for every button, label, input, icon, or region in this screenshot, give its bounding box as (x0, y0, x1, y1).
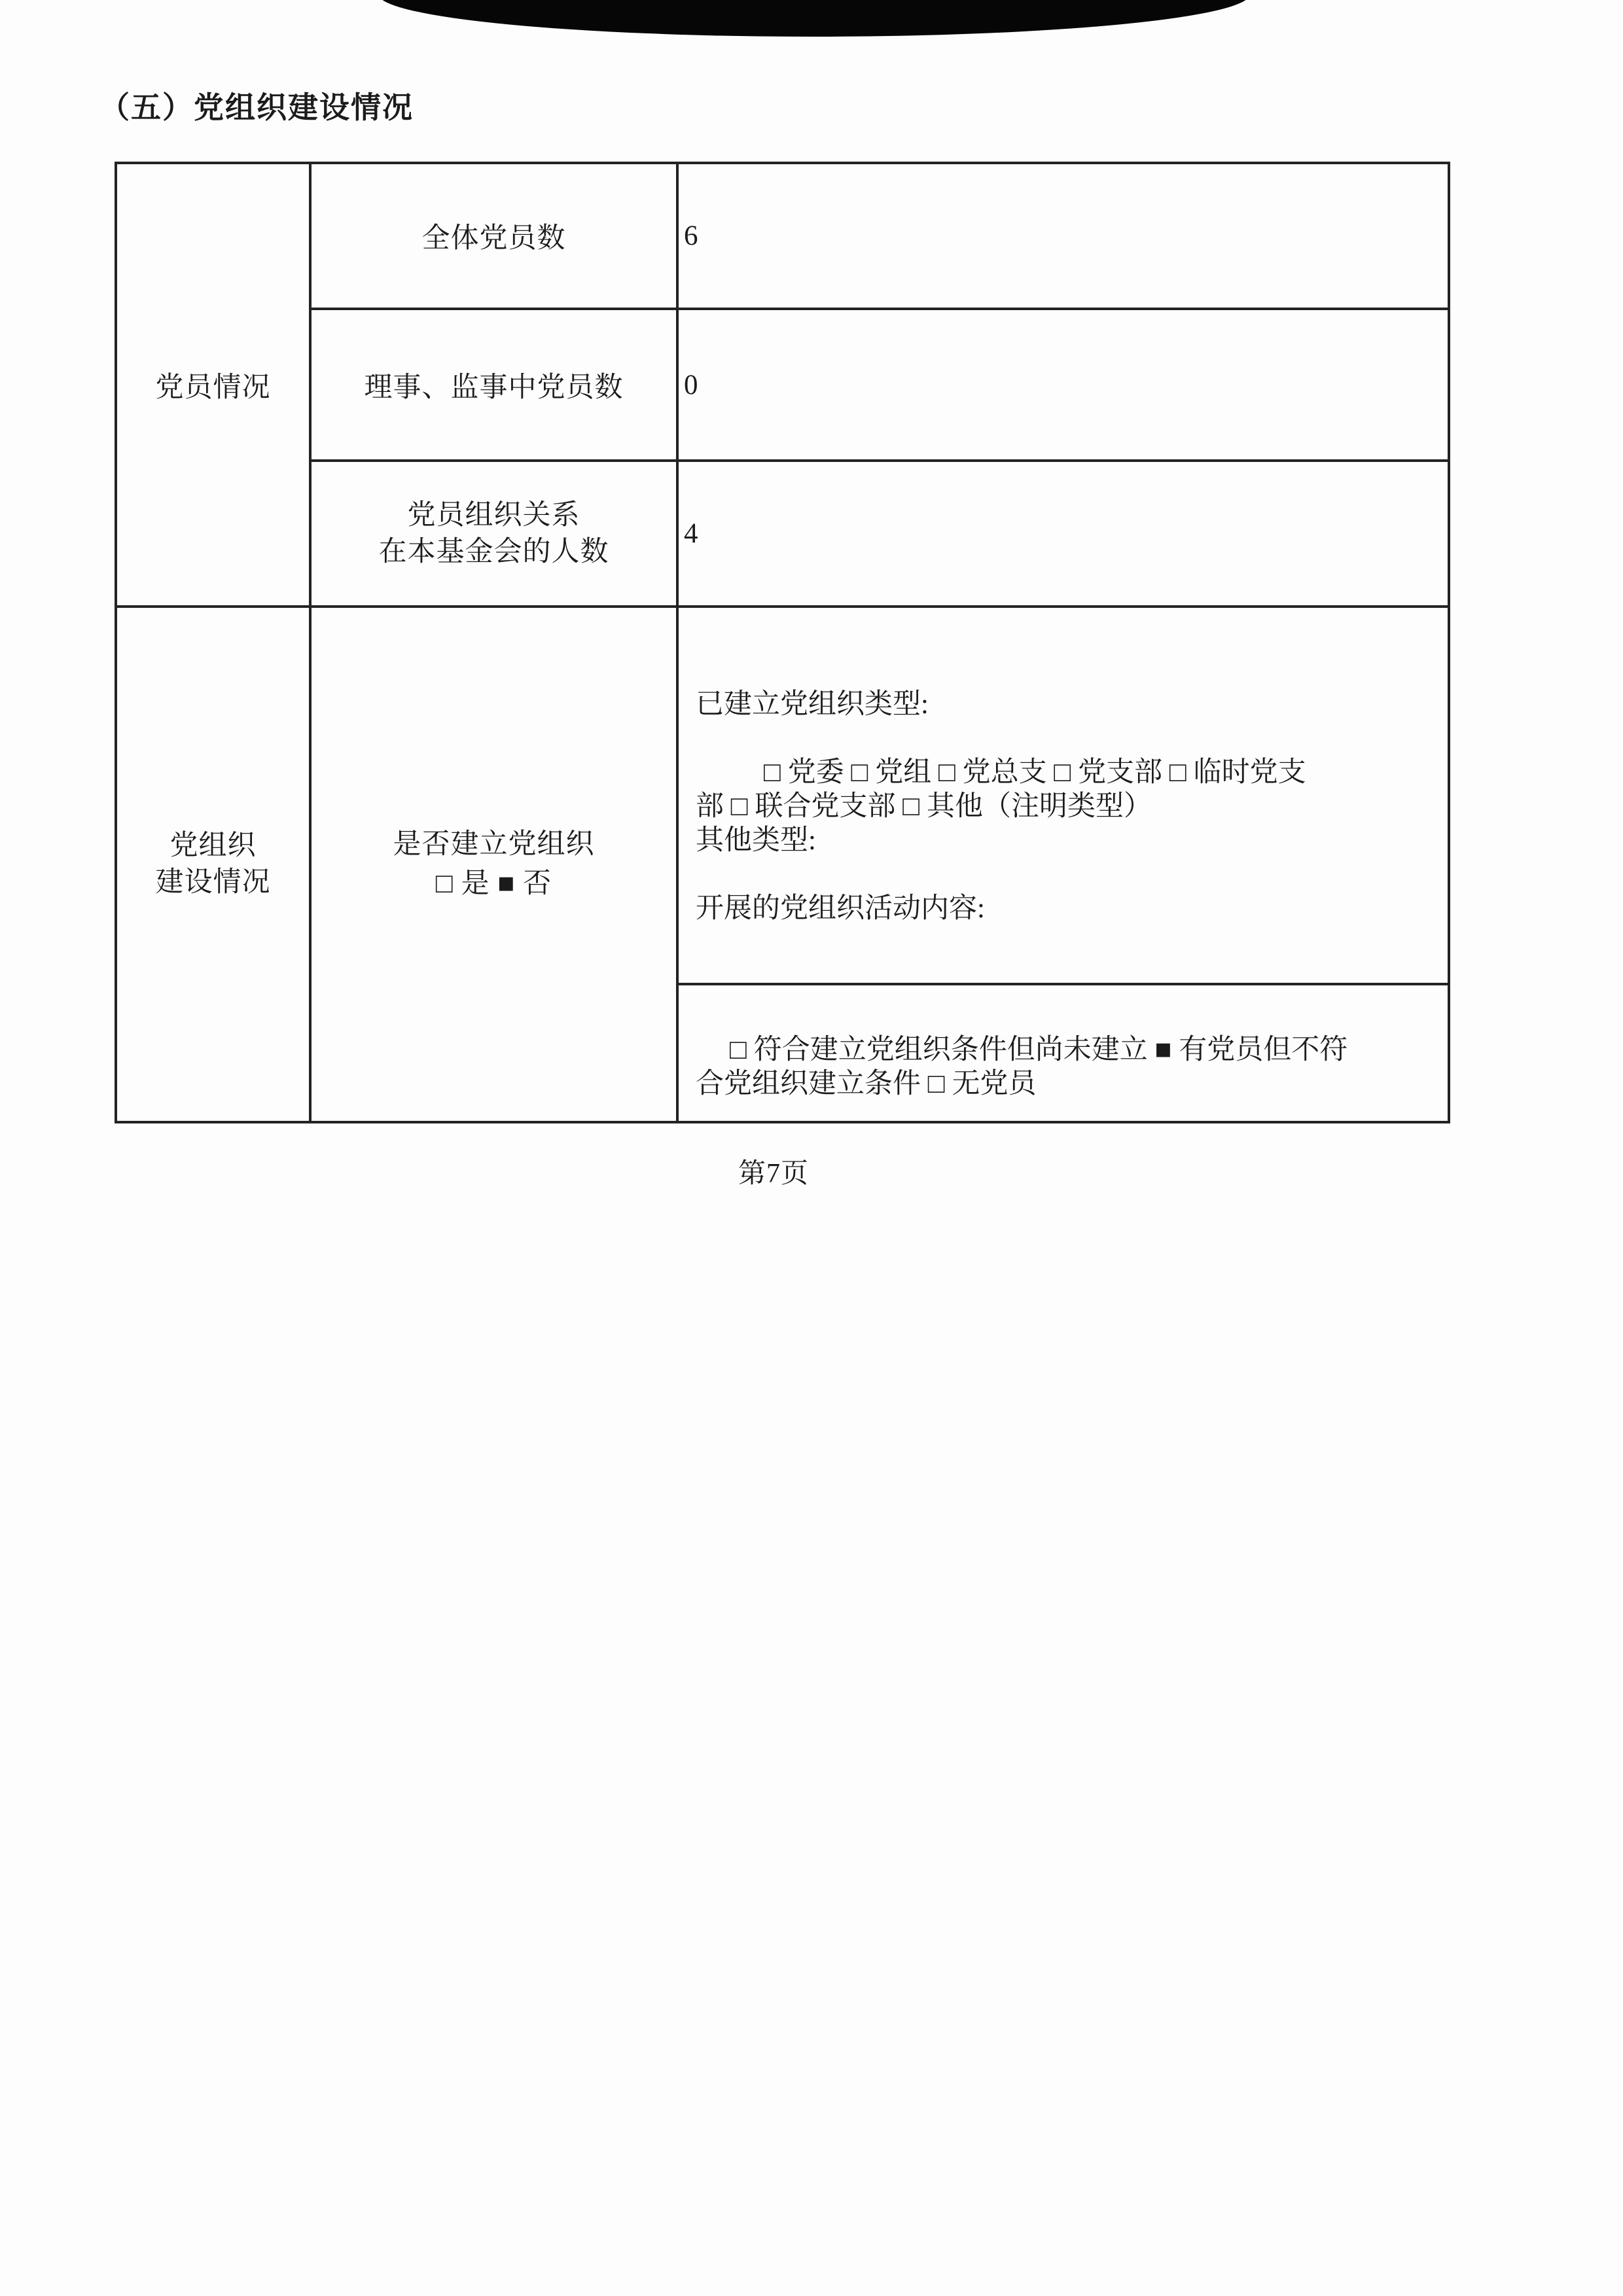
org-status-line1: □ 符合建立党组织条件但尚未建立 ■ 有党员但不符 (696, 1033, 1429, 1067)
cell-org-section-label: 党组织 建设情况 (116, 607, 310, 1122)
cell-board-members-value: 0 (677, 309, 1449, 461)
cell-board-members-label: 理事、监事中党员数 (310, 309, 677, 461)
table-row: 党员组织关系 在本基金会的人数 4 (116, 461, 1449, 607)
section-heading: （五）党组织建设情况 (99, 84, 414, 127)
relation-members-label-line2: 在本基金会的人数 (312, 534, 675, 571)
org-activities-label: 开展的党组织活动内容: (696, 892, 1429, 926)
cell-org-type-details: 已建立党组织类型: □ 党委 □ 党组 □ 党总支 □ 党支部 □ 临时党支 部… (677, 607, 1449, 984)
cell-member-section-label: 党员情况 (116, 163, 310, 607)
cell-total-members-value: 6 (677, 163, 1449, 309)
org-section-label-line1: 党组织 (118, 828, 308, 864)
table-row: 党组织 建设情况 是否建立党组织 □ 是 ■ 否 已建立党组织类型: □ 党委 … (116, 607, 1449, 984)
cell-org-established-question: 是否建立党组织 □ 是 ■ 否 (310, 607, 677, 1122)
cell-total-members-label: 全体党员数 (310, 163, 677, 309)
org-type-title: 已建立党组织类型: (696, 688, 1429, 722)
party-building-table: 党员情况 全体党员数 6 理事、监事中党员数 0 党员组织关系 在本基金会的人数… (115, 162, 1450, 1123)
table-row: 理事、监事中党员数 0 (116, 309, 1449, 461)
org-section-label-line2: 建设情况 (118, 864, 308, 901)
cell-org-status: □ 符合建立党组织条件但尚未建立 ■ 有党员但不符 合党组织建立条件 □ 无党员 (677, 984, 1449, 1122)
relation-members-label-line1: 党员组织关系 (312, 497, 675, 534)
org-type-options-line1: □ 党委 □ 党组 □ 党总支 □ 党支部 □ 临时党支 (696, 756, 1429, 790)
scanner-artifact (378, 0, 1250, 37)
org-type-options-line2: 部 □ 联合党支部 □ 其他（注明类型） (696, 790, 1429, 824)
cell-relation-members-value: 4 (677, 461, 1449, 607)
org-established-question-text: 是否建立党组织 (312, 825, 675, 864)
org-other-type-label: 其他类型: (696, 824, 1429, 858)
cell-relation-members-label: 党员组织关系 在本基金会的人数 (310, 461, 677, 607)
org-status-line2: 合党组织建立条件 □ 无党员 (696, 1067, 1429, 1101)
scanned-document-page: （五）党组织建设情况 党员情况 全体党员数 6 理事、监事中党员数 0 党员组织… (0, 0, 1623, 2296)
org-established-question-checkboxes: □ 是 ■ 否 (312, 864, 675, 904)
page-number: 第7页 (738, 1152, 809, 1191)
table-row: 党员情况 全体党员数 6 (116, 163, 1449, 309)
